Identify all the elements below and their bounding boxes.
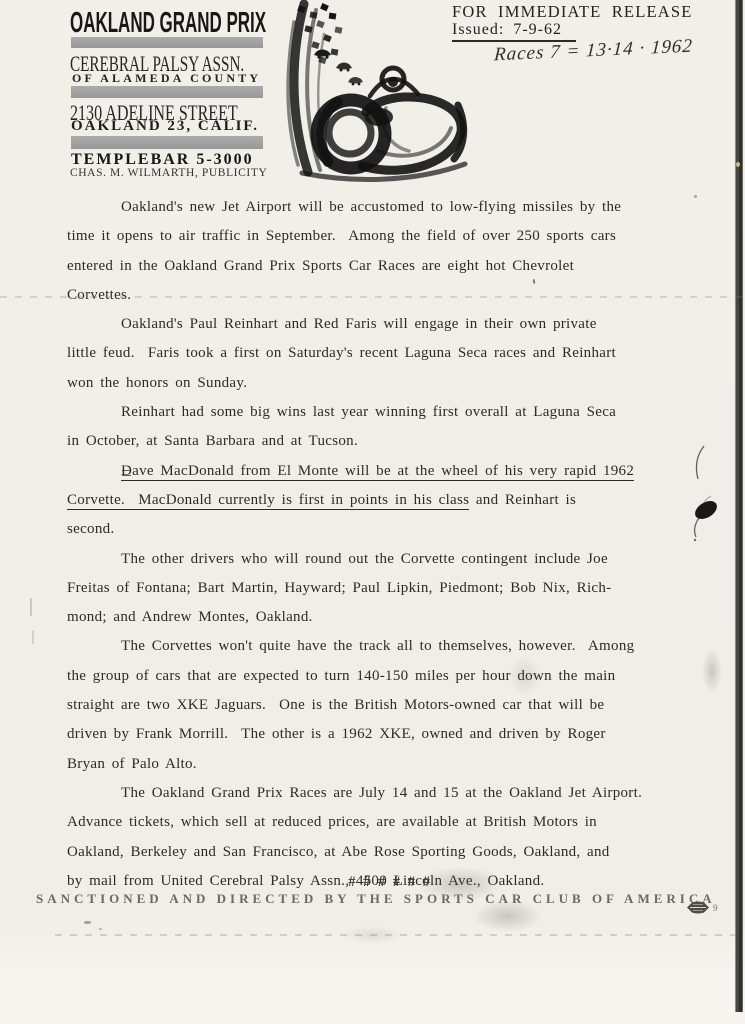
body-line: Corvette. MacDonald currently is first i…	[67, 486, 707, 515]
body-line: Oakland's new Jet Airport will be accust…	[67, 193, 707, 222]
body-line: Oakland's Paul Reinhart and Red Faris wi…	[67, 310, 707, 339]
scan-smudge	[460, 893, 555, 939]
body-line: entered in the Oakland Grand Prix Sports…	[67, 252, 707, 281]
body-line: Advance tickets, which sell at reduced p…	[67, 808, 707, 837]
text: second.	[67, 521, 115, 537]
body-line: The other drivers who will round out the…	[67, 545, 707, 574]
emblem-number: 9	[713, 903, 718, 913]
scan-edge-line	[735, 0, 743, 1012]
text: and Reinhart is	[469, 492, 576, 508]
letterhead-address-line2: OAKLAND 23, CALIF.	[71, 118, 259, 135]
body-line: mond; and Andrew Montes, Oakland.	[67, 603, 707, 632]
body-line: Bryan of Palo Alto.	[67, 750, 707, 779]
letterhead-divider-bar	[71, 37, 263, 48]
text: The Oakland Grand Prix Races are July 14…	[121, 785, 642, 801]
scan-speck	[84, 921, 91, 924]
text: Oakland's Paul Reinhart and Red Faris wi…	[121, 316, 597, 332]
body-line: straight are two XKE Jaguars. One is the…	[67, 691, 707, 720]
text: entered in the Oakland Grand Prix Sports…	[67, 258, 574, 274]
sanction-line: SANCTIONED AND DIRECTED BY THE SPORTS CA…	[36, 891, 716, 907]
scan-smudge	[330, 922, 415, 948]
text: time it opens to air traffic in Septembe…	[67, 228, 616, 244]
text: Advance tickets, which sell at reduced p…	[67, 814, 597, 830]
body-line: Oakland, Berkeley and San Francisco, at …	[67, 838, 707, 867]
text: The other drivers who will round out the…	[121, 551, 608, 567]
scan-smudge	[502, 648, 548, 704]
body-line: The Corvettes won't quite have the track…	[67, 632, 707, 661]
text: mond; and Andrew Montes, Oakland.	[67, 609, 313, 625]
issued-date-line: Issued: 7-9-62	[452, 21, 576, 42]
letterhead-org-line2: OF ALAMEDA COUNTY	[72, 71, 261, 86]
letterhead-publicity-contact: CHAS. M. WILMARTH, PUBLICITY	[70, 167, 267, 179]
proofreader-tick-mark	[122, 470, 131, 476]
press-release-page: OAKLAND GRAND PRIX CEREBRAL PALSY ASSN. …	[0, 0, 745, 1024]
union-label-icon	[686, 901, 710, 914]
text: The Corvettes won't quite have the track…	[121, 638, 634, 654]
text: Oakland's new Jet Airport will be accust…	[121, 199, 621, 215]
body-line: The Oakland Grand Prix Races are July 14…	[67, 779, 707, 808]
text: Bryan of Palo Alto.	[67, 756, 197, 772]
scan-smudge	[698, 640, 726, 702]
scan-speck	[736, 162, 740, 167]
scan-artifact-line	[0, 296, 745, 298]
body-line: second.	[67, 515, 707, 544]
scan-speck	[30, 598, 32, 616]
scan-speck	[32, 630, 34, 644]
body-line: Reinhart had some big wins last year win…	[67, 398, 707, 427]
race-car-ink-sketch-svg	[258, 0, 473, 185]
text: Freitas of Fontana; Bart Martin, Hayward…	[67, 580, 611, 596]
race-car-illustration	[258, 0, 473, 190]
scan-speck	[694, 195, 697, 198]
pen-mark	[690, 444, 710, 487]
text: little feud. Faris took a first on Satur…	[67, 345, 616, 361]
body-line: won the honors on Sunday.	[67, 369, 707, 398]
distant-cars-marks	[314, 50, 363, 86]
body-line: little feud. Faris took a first on Satur…	[67, 339, 707, 368]
text: Corvettes.	[67, 287, 131, 303]
union-printing-emblem: 9	[686, 901, 718, 914]
ink-blot	[684, 492, 730, 561]
body-line: time it opens to air traffic in Septembe…	[67, 222, 707, 251]
body-line: Dave MacDonald from El Monte will be at …	[67, 457, 707, 486]
letterhead-divider-bar	[71, 136, 263, 149]
letterhead-divider-bar	[71, 86, 263, 98]
text: won the honors on Sunday.	[67, 375, 247, 391]
underlined-text: Corvette. MacDonald currently is first i…	[67, 492, 469, 511]
text: Oakland, Berkeley and San Francisco, at …	[67, 844, 610, 860]
body-line: the group of cars that are expected to t…	[67, 662, 707, 691]
for-immediate-release-line: FOR IMMEDIATE RELEASE	[452, 2, 693, 22]
scan-speck	[99, 928, 102, 930]
body-line: Freitas of Fontana; Bart Martin, Hayward…	[67, 574, 707, 603]
body-line: driven by Frank Morrill. The other is a …	[67, 720, 707, 749]
body-text: Oakland's new Jet Airport will be accust…	[67, 193, 707, 896]
text: in October, at Santa Barbara and at Tucs…	[67, 433, 358, 449]
text: driven by Frank Morrill. The other is a …	[67, 726, 606, 742]
letterhead-title-text: OAKLAND GRAND PRIX	[70, 7, 266, 40]
text: Reinhart had some big wins last year win…	[121, 404, 616, 420]
body-line: in October, at Santa Barbara and at Tucs…	[67, 427, 707, 456]
underlined-text: Dave MacDonald from El Monte will be at …	[121, 463, 634, 482]
